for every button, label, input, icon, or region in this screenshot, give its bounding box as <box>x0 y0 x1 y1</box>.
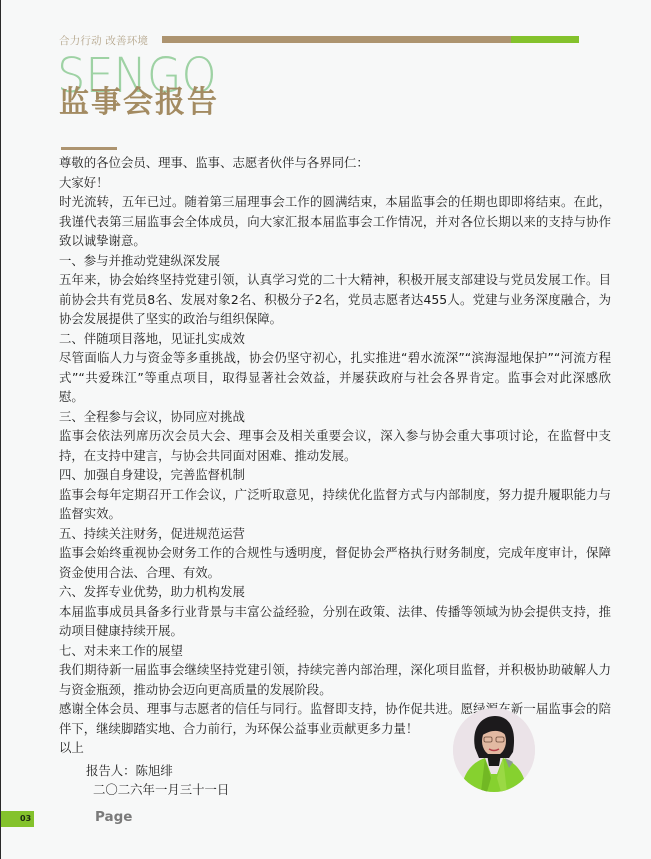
greeting: 大家好！ <box>59 173 611 193</box>
section-heading: 三、全程参与会议，协同应对挑战 <box>59 407 611 427</box>
report-date: 二〇二六年一月三十一日 <box>59 780 229 800</box>
section-heading: 四、加强自身建设，完善监督机制 <box>59 465 611 485</box>
section-paragraph: 监事会依法列席历次会员大会、理事会及相关重要会议，深入参与协会重大事项讨论，在监… <box>59 426 611 465</box>
page-title: 监事会报告 <box>59 88 219 118</box>
reporter-portrait-photo-icon <box>453 708 535 792</box>
section-paragraph: 本届监事成员具备多行业背景与丰富公益经验，分别在政策、法律、传播等领域为协会提供… <box>59 602 611 641</box>
section-paragraph: 五年来，协会始终坚持党建引领，认真学习党的二十大精神，积极开展支部建设与党员发展… <box>59 270 611 329</box>
header-bar-green <box>511 36 579 43</box>
header-bar-tan <box>162 36 511 43</box>
report-body: 尊敬的各位会员、理事、监事、志愿者伙伴与各界同仁： 大家好！ 时光流转，五年已过… <box>59 153 611 738</box>
section-heading: 六、发挥专业优势，助力机构发展 <box>59 582 611 602</box>
section-paragraph: 尽管面临人力与资金等多重挑战，协会仍坚守初心，扎实推进“碧水流深”“滨海湿地保护… <box>59 348 611 407</box>
section-paragraph: 我们期待新一届监事会继续坚持党建引领，持续完善内部治理，深化项目监督，并积极协助… <box>59 660 611 699</box>
section-paragraph: 监事会始终重视协会财务工作的合规性与透明度，督促协会严格执行财务制度，完成年度审… <box>59 543 611 582</box>
closing-block: 以上 报告人：陈旭绯 二〇二六年一月三十一日 <box>59 738 229 800</box>
section-paragraph: 监事会每年定期召开工作会议，广泛听取意见，持续优化监督方式与内部制度，努力提升履… <box>59 485 611 524</box>
reporter-name: 报告人：陈旭绯 <box>59 761 229 781</box>
intro-paragraph: 时光流转，五年已过。随着第三届理事会工作的圆满结束，本届监事会的任期也即即将结束… <box>59 192 611 251</box>
header-tagline: 合力行动 改善环境 <box>59 33 148 48</box>
salutation: 尊敬的各位会员、理事、监事、志愿者伙伴与各界同仁： <box>59 153 611 173</box>
page-number: 03 <box>20 811 31 827</box>
sign-off: 以上 <box>59 738 229 758</box>
section-heading: 一、参与并推动党建纵深发展 <box>59 251 611 271</box>
section-heading: 五、持续关注财务，促进规范运营 <box>59 524 611 544</box>
page-label: Page <box>95 809 132 825</box>
section-heading: 二、伴随项目落地，见证扎实成效 <box>59 329 611 349</box>
section-heading: 七、对未来工作的展望 <box>59 641 611 661</box>
header-tagline-row: 合力行动 改善环境 <box>59 33 148 47</box>
title-divider <box>61 147 117 150</box>
